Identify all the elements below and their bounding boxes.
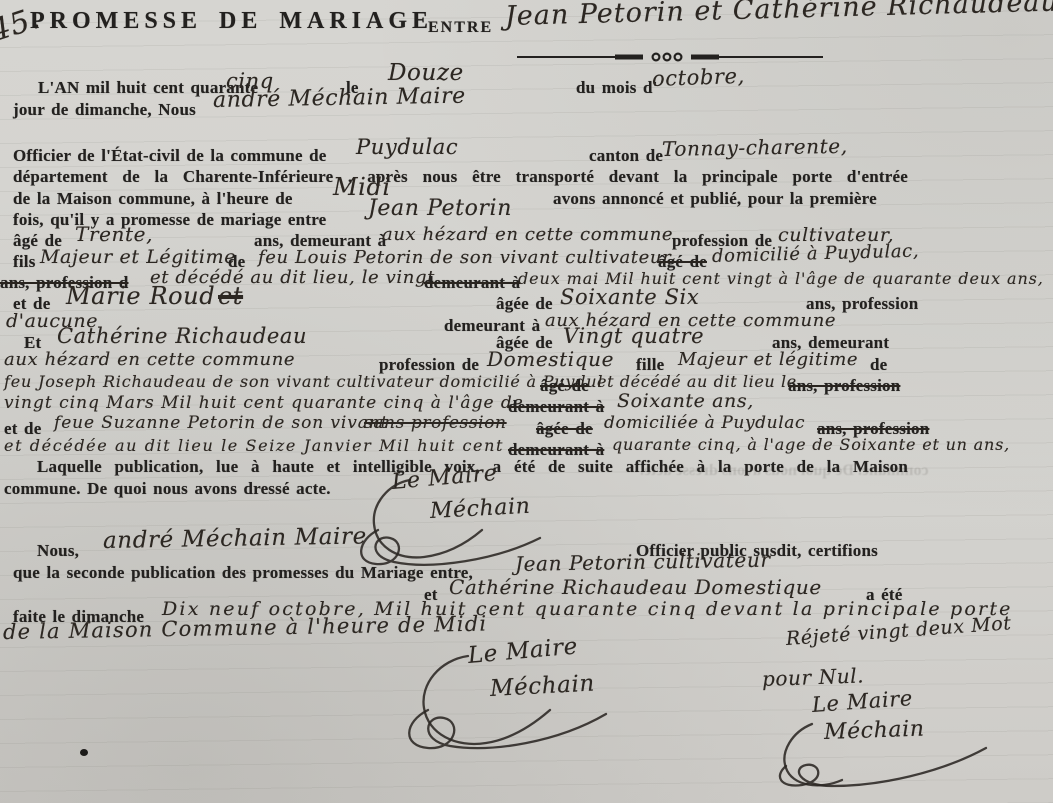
handwritten-groom-name: Jean Petorin: [368, 198, 512, 220]
couple-names-handwritten: Jean Petorin et Cathérine Richaudeau: [505, 0, 1053, 28]
bleedthrough-text: commune. De quoi nous avons dressé acte.: [640, 462, 929, 480]
handwritten-father-domicile: domicilié à Puydulac,: [712, 241, 920, 268]
handwritten-mother-death-date: quarante cinq, à l'age de Soixante et un…: [612, 434, 1010, 456]
scanned-marriage-banns-document: 45. PROMESSE DE MARIAGE ENTRE Jean Petor…: [0, 0, 1053, 803]
printed-text: de la Maison commune, à l'heure de: [13, 189, 293, 209]
handwritten-rejection-note: pour Nul.: [762, 664, 865, 690]
handwritten-filiation: Majeur et légitime: [678, 349, 858, 371]
handwritten-bride-residence: aux hézard en cette commune: [4, 349, 295, 371]
printed-text: du mois d': [576, 78, 658, 98]
handwritten-day: Douze: [388, 62, 464, 84]
printed-text: commune. De quoi nous avons dressé acte.: [4, 479, 331, 499]
handwritten-father-death-date: vingt cinq Mars Mil huit cent quarante c…: [4, 392, 524, 414]
page-title: PROMESSE DE MARIAGE: [30, 11, 433, 31]
printed-text: département de la Charente-Inférieure , …: [13, 167, 908, 187]
signature-name: Méchain: [489, 673, 595, 700]
ink-dot: [80, 749, 88, 756]
signature-flourish-icon: [398, 652, 613, 752]
handwritten-canton: Tonnay-charente,: [662, 135, 848, 160]
handwritten-mother-domicile: domiciliée à Puydulac: [604, 412, 805, 434]
printed-text: fois, qu'il y a promesse de mariage entr…: [13, 210, 326, 230]
struck-printed-text: ans, profession: [788, 376, 900, 396]
signature-name: Méchain: [429, 496, 531, 523]
handwritten-mayor-name: andré Méchain Maire: [103, 525, 367, 552]
printed-text: avons annoncé et publié, pour la premièr…: [553, 189, 877, 209]
handwritten-groom-residence: aux hézard en cette commune: [382, 224, 673, 246]
handwritten-mother-death: et décédée au dit lieu le Seize Janvier …: [4, 435, 504, 457]
printed-text: Nous,: [37, 541, 79, 561]
handwritten-bride-profession: Domestique: [487, 348, 614, 370]
handwritten-groom-father: feu Louis Petorin de son vivant cultivat…: [258, 247, 671, 269]
handwritten-groom-name: Jean Petorin cultivateur: [515, 549, 771, 575]
ornament-divider-icon: [515, 50, 825, 64]
handwritten-bride-father: feu Joseph Richaudeau de son vivant cult…: [4, 371, 603, 393]
handwritten-mayor-name: andré Méchain Maire: [213, 86, 466, 112]
signature-name: Méchain: [824, 718, 925, 743]
printed-text: canton de: [589, 146, 663, 166]
handwritten-commune: Puydulac: [356, 136, 458, 158]
printed-text: fils: [13, 252, 36, 272]
handwritten-filiation: Majeur et Légitime: [40, 246, 236, 268]
signature-title: Le Maire: [467, 635, 579, 667]
printed-text: de: [870, 355, 887, 375]
struck-handwritten-text: sans profession: [364, 412, 507, 434]
handwritten-hour: Midi: [333, 176, 391, 198]
handwritten-bride-name: Cathérine Richaudeau Domestique: [449, 576, 822, 598]
struck-printed-text: âgée de: [536, 419, 593, 439]
printed-text: jour de dimanche, Nous: [13, 100, 196, 120]
struck-printed-text: âgé de: [540, 376, 589, 396]
struck-printed-text: demeurant à: [508, 397, 604, 417]
signature-title: Le Maire: [811, 687, 913, 716]
handwritten-bride-name: Cathérine Richaudeau: [57, 325, 307, 347]
struck-printed-text: demeurant à: [424, 273, 520, 293]
printed-text: Officier de l'État-civil de la commune d…: [13, 146, 327, 166]
handwritten-bride-mother: feue Suzanne Petorin de son vivant: [54, 412, 388, 434]
handwritten-mother-age: Soixante Six: [560, 286, 699, 308]
handwritten-bride-age: Vingt quatre: [563, 325, 704, 347]
handwritten-month: octobre,: [652, 65, 746, 90]
handwritten-father-age-at-death: Soixante ans,: [617, 390, 754, 412]
handwritten-groom-age: Trente,: [75, 223, 153, 245]
struck-handwritten-text: et: [218, 285, 243, 307]
title-entre-label: ENTRE: [428, 18, 493, 38]
printed-text: que la seconde publication des promesses…: [13, 563, 473, 583]
handwritten-groom-mother: Marie Roud: [66, 285, 215, 307]
